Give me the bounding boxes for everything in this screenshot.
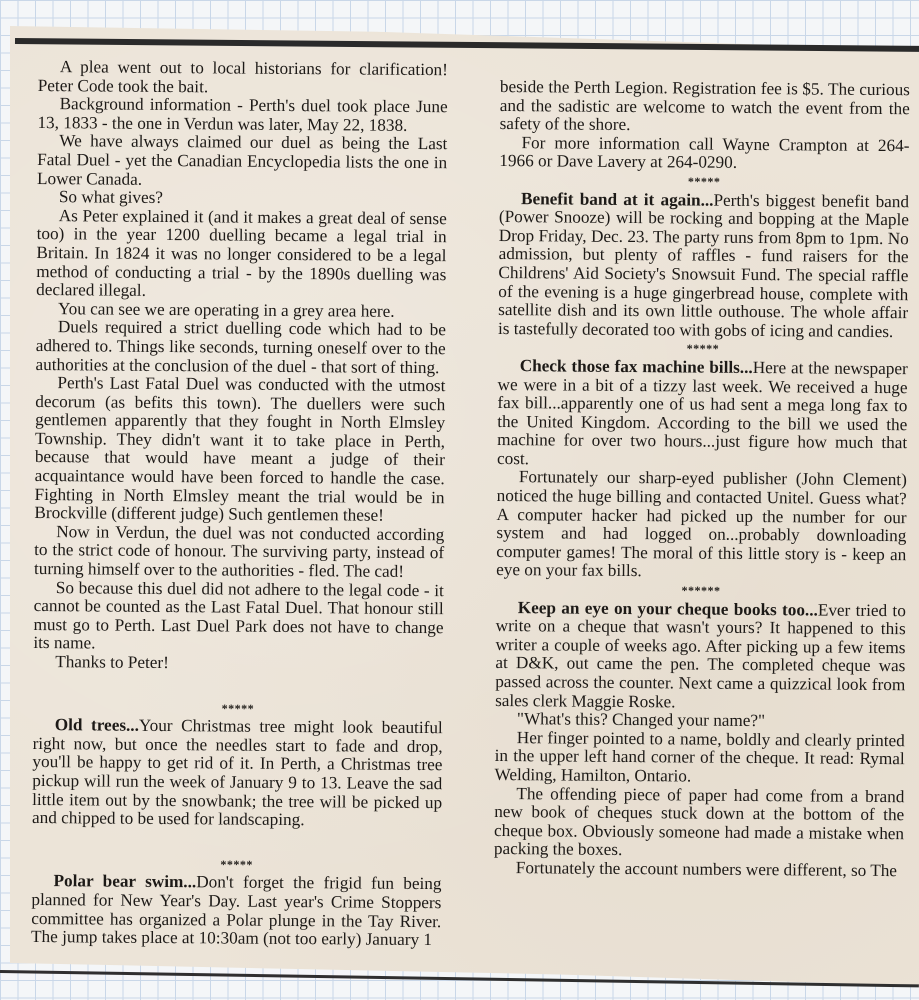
paragraph: As Peter explained it (and it makes a gr…: [36, 207, 447, 303]
paragraph: Her finger pointed to a name, boldly and…: [494, 729, 904, 788]
paragraph: So because this duel did not adhere to t…: [33, 579, 444, 657]
paragraph: The offending piece of paper had come fr…: [494, 785, 905, 863]
left-column: A plea went out to local historians for …: [31, 58, 448, 950]
paragraph: Background information - Perth's duel to…: [37, 95, 447, 135]
paragraph: Thanks to Peter!: [33, 653, 443, 675]
paragraph: A plea went out to local historians for …: [38, 58, 448, 98]
polar-bear-item: Polar bear swim...Don't forget the frigi…: [31, 872, 442, 950]
item-headline: Benefit band at it again...: [521, 189, 714, 210]
benefit-band-item: Benefit band at it again...Perth's bigge…: [498, 190, 909, 342]
paragraph: Perth's Last Fatal Duel was conducted wi…: [34, 374, 445, 526]
right-column: beside the Perth Legion. Registration fe…: [494, 78, 910, 881]
item-headline: Polar bear swim...: [53, 871, 196, 891]
cheque-books-item: Keep an eye on your cheque books too...E…: [495, 599, 906, 714]
item-headline: Check those fax machine bills...: [520, 356, 753, 377]
paragraph: Fortunately the account numbers were dif…: [494, 859, 904, 881]
paragraph: Fortunately our sharp-eyed publisher (Jo…: [496, 468, 907, 583]
paragraph: For more information call Wayne Crampton…: [499, 134, 909, 174]
item-body: Perth's biggest benefit band (Power Snoo…: [498, 190, 909, 341]
old-trees-item: Old trees...Your Christmas tree might lo…: [32, 716, 443, 831]
paragraph: beside the Perth Legion. Registration fe…: [500, 78, 910, 137]
fax-bills-item: Check those fax machine bills...Here at …: [497, 357, 908, 472]
duel-article: A plea went out to local historians for …: [33, 58, 448, 675]
paragraph: Duels required a strict duelling code wh…: [36, 318, 446, 377]
paragraph: We have always claimed our duel as being…: [37, 132, 447, 191]
paragraph: Now in Verdun, the duel was not conducte…: [34, 523, 444, 582]
item-headline: Old trees...: [55, 715, 139, 735]
